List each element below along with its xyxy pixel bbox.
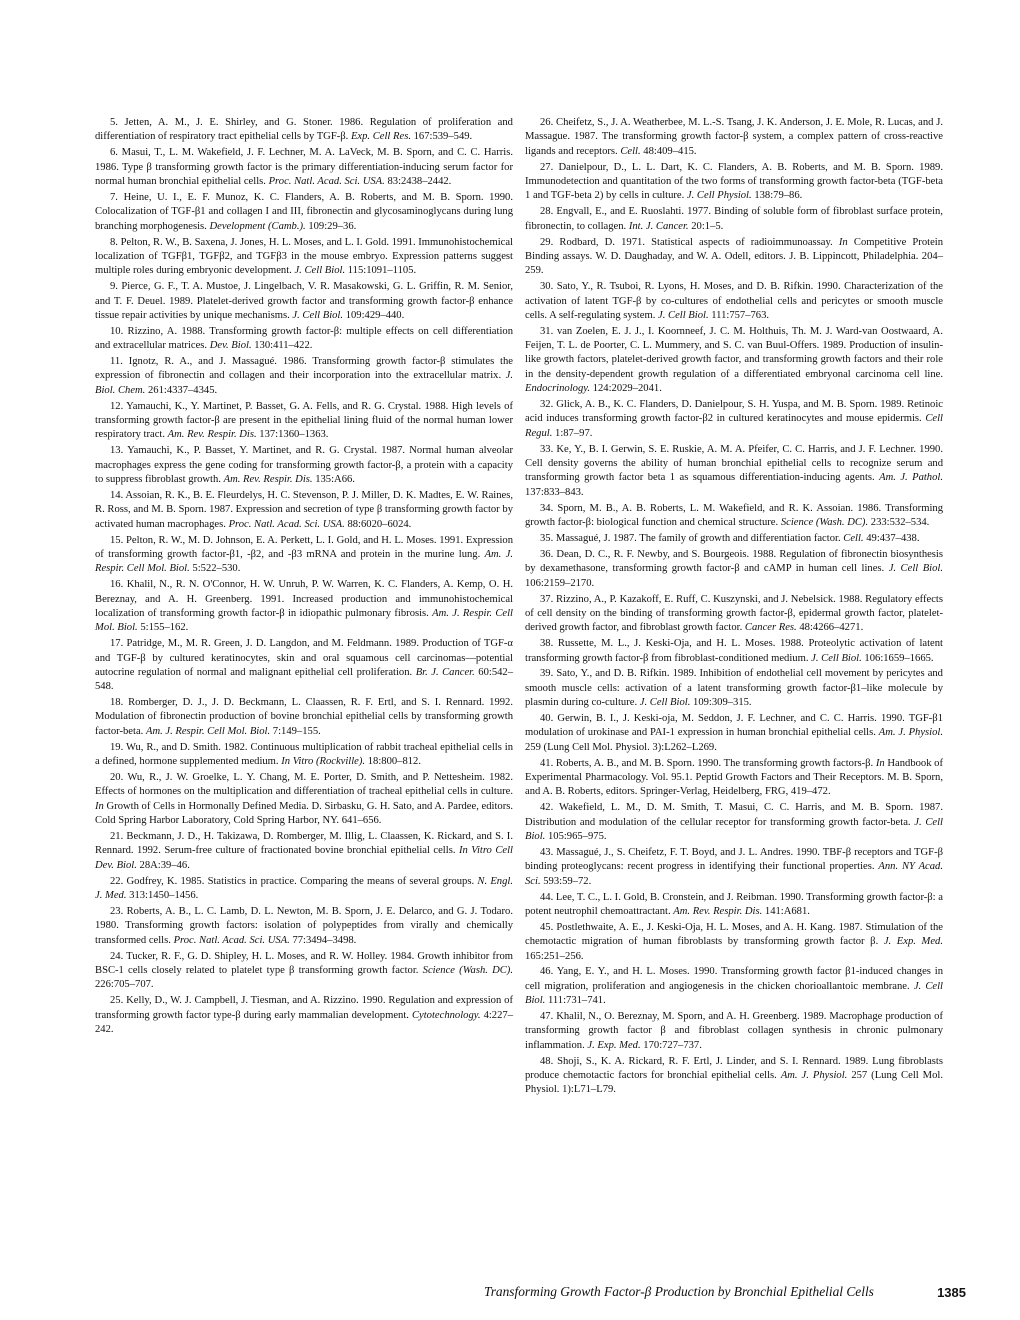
reference-entry: 38. Russette, M. L., J. Keski-Oja, and H… — [525, 637, 943, 666]
reference-entry: 13. Yamauchi, K., P. Basset, Y. Martinet… — [95, 444, 513, 487]
reference-entry: 34. Sporn, M. B., A. B. Roberts, L. M. W… — [525, 502, 943, 531]
reference-entry: 29. Rodbard, D. 1971. Statistical aspect… — [525, 236, 943, 279]
reference-entry: 44. Lee, T. C., L. I. Gold, B. Cronstein… — [525, 891, 943, 920]
reference-entry: 12. Yamauchi, K., Y. Martinet, P. Basset… — [95, 400, 513, 443]
reference-entry: 30. Sato, Y., R. Tsuboi, R. Lyons, H. Mo… — [525, 280, 943, 323]
reference-entry: 18. Romberger, D. J., J. D. Beckmann, L.… — [95, 696, 513, 739]
reference-entry: 8. Pelton, R. W., B. Saxena, J. Jones, H… — [95, 236, 513, 279]
reference-entry: 48. Shoji, S., K. A. Rickard, R. F. Ertl… — [525, 1055, 943, 1098]
reference-entry: 37. Rizzino, A., P. Kazakoff, E. Ruff, C… — [525, 593, 943, 636]
reference-entry: 10. Rizzino, A. 1988. Transforming growt… — [95, 325, 513, 354]
reference-entry: 28. Engvall, E., and E. Ruoslahti. 1977.… — [525, 205, 943, 234]
reference-entry: 5. Jetten, A. M., J. E. Shirley, and G. … — [95, 116, 513, 145]
reference-entry: 19. Wu, R., and D. Smith. 1982. Continuo… — [95, 741, 513, 770]
reference-entry: 27. Danielpour, D., L. L. Dart, K. C. Fl… — [525, 161, 943, 204]
reference-entry: 21. Beckmann, J. D., H. Takizawa, D. Rom… — [95, 830, 513, 873]
reference-entry: 39. Sato, Y., and D. B. Rifkin. 1989. In… — [525, 667, 943, 710]
references-right-column: 26. Cheifetz, S., J. A. Weatherbee, M. L… — [525, 116, 943, 1099]
reference-entry: 24. Tucker, R. F., G. D. Shipley, H. L. … — [95, 950, 513, 993]
reference-entry: 17. Patridge, M., M. R. Green, J. D. Lan… — [95, 637, 513, 694]
reference-entry: 23. Roberts, A. B., L. C. Lamb, D. L. Ne… — [95, 905, 513, 948]
reference-entry: 46. Yang, E. Y., and H. L. Moses. 1990. … — [525, 965, 943, 1008]
reference-entry: 43. Massagué, J., S. Cheifetz, F. T. Boy… — [525, 846, 943, 889]
reference-entry: 25. Kelly, D., W. J. Campbell, J. Tiesma… — [95, 994, 513, 1037]
reference-entry: 40. Gerwin, B. I., J. Keski-oja, M. Sedd… — [525, 712, 943, 755]
reference-entry: 32. Glick, A. B., K. C. Flanders, D. Dan… — [525, 398, 943, 441]
page-number: 1385 — [937, 1285, 966, 1300]
page-footer: Transforming Growth Factor-β Production … — [484, 1284, 980, 1304]
reference-entry: 47. Khalil, N., O. Bereznay, M. Sporn, a… — [525, 1010, 943, 1053]
reference-entry: 11. Ignotz, R. A., and J. Massagué. 1986… — [95, 355, 513, 398]
reference-entry: 15. Pelton, R. W., M. D. Johnson, E. A. … — [95, 534, 513, 577]
reference-entry: 16. Khalil, N., R. N. O'Connor, H. W. Un… — [95, 578, 513, 635]
reference-entry: 31. van Zoelen, E. J. J., I. Koornneef, … — [525, 325, 943, 397]
references-left-column: 5. Jetten, A. M., J. E. Shirley, and G. … — [95, 116, 513, 1039]
reference-entry: 35. Massagué, J. 1987. The family of gro… — [525, 532, 943, 546]
reference-entry: 45. Postlethwaite, A. E., J. Keski-Oja, … — [525, 921, 943, 964]
reference-entry: 20. Wu, R., J. W. Groelke, L. Y. Chang, … — [95, 771, 513, 828]
reference-entry: 26. Cheifetz, S., J. A. Weatherbee, M. L… — [525, 116, 943, 159]
running-title: Transforming Growth Factor-β Production … — [484, 1284, 874, 1300]
reference-entry: 22. Godfrey, K. 1985. Statistics in prac… — [95, 875, 513, 904]
reference-entry: 6. Masui, T., L. M. Wakefield, J. F. Lec… — [95, 146, 513, 189]
reference-entry: 14. Assoian, R. K., B. E. Fleurdelys, H.… — [95, 489, 513, 532]
reference-entry: 42. Wakefield, L. M., D. M. Smith, T. Ma… — [525, 801, 943, 844]
reference-entry: 7. Heine, U. I., E. F. Munoz, K. C. Flan… — [95, 191, 513, 234]
reference-entry: 36. Dean, D. C., R. F. Newby, and S. Bou… — [525, 548, 943, 591]
reference-entry: 9. Pierce, G. F., T. A. Mustoe, J. Linge… — [95, 280, 513, 323]
reference-entry: 41. Roberts, A. B., and M. B. Sporn. 199… — [525, 757, 943, 800]
reference-entry: 33. Ke, Y., B. I. Gerwin, S. E. Ruskie, … — [525, 443, 943, 500]
